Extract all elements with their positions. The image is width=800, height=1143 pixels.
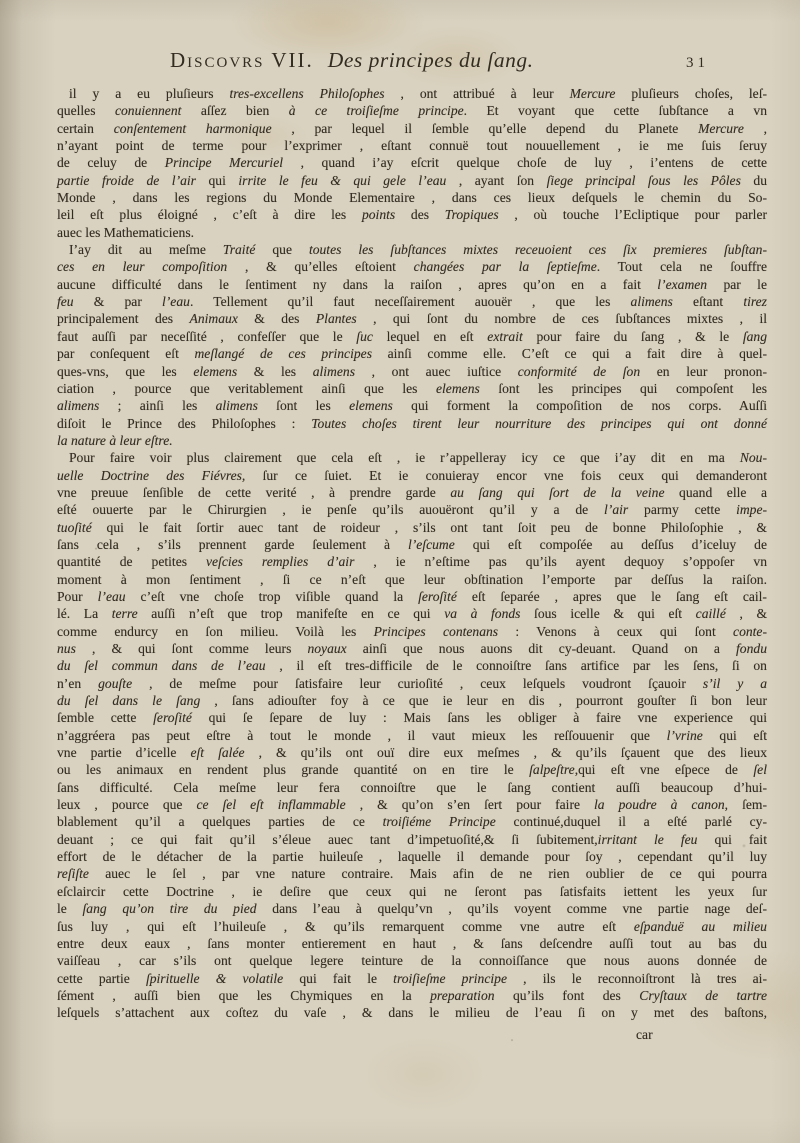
- text-line: aucune difficulté dans le ſentiment ny d…: [57, 276, 767, 293]
- text-segment: eſclaircir cette Doctrine , ie deſire qu…: [57, 884, 767, 899]
- text-segment: entre deux eaux , ſans monter entieremen…: [57, 936, 767, 951]
- text-segment: , & qu’on s’en ſert pour faire: [346, 797, 594, 812]
- italic-phrase: elemens: [193, 364, 237, 379]
- text-segment: , par lequel il ſemble qu’elle depend du…: [272, 121, 698, 136]
- italic-phrase: alimens: [216, 398, 258, 413]
- text-segment: Monde , dans les regions du Monde Elemen…: [57, 190, 767, 205]
- italic-phrase: eſt ſalée: [190, 745, 244, 760]
- text-segment: , de meſme pour ſatisfaire leur curioſit…: [132, 676, 703, 691]
- italic-phrase: Nou-: [740, 450, 767, 465]
- text-line: tuoſité qui le fait ſortir auec tant de …: [57, 519, 767, 536]
- text-line: vne preuue ſenſible de cette verité , à …: [57, 484, 767, 501]
- italic-phrase: du ſel dans le ſang: [57, 693, 200, 708]
- italic-phrase: nus: [57, 641, 76, 656]
- text-segment: qui fait le: [283, 971, 393, 986]
- text-line: ques-vns, que les elemens & les alimens …: [57, 363, 767, 380]
- text-segment: qui le fait ſortir auec tant de roideur …: [92, 520, 767, 535]
- text-segment: des: [395, 207, 445, 222]
- italic-phrase: extrait: [487, 329, 523, 344]
- italic-phrase: toutes les ſubſtances mixtes receuoient …: [309, 242, 767, 257]
- text-line: ſément , auſſi bien que les Chymiques en…: [57, 987, 767, 1004]
- text-segment: : Venons à ceux qui ſont: [498, 624, 733, 639]
- italic-phrase: alimens: [631, 294, 673, 309]
- text-segment: aucune difficulté dans le ſentiment ny d…: [57, 277, 657, 292]
- text-line: ces en leur compoſition , & qu’elles eſt…: [57, 258, 767, 275]
- text-segment: ſont les: [258, 398, 349, 413]
- italic-phrase: l’air: [604, 502, 628, 517]
- text-segment: qui: [196, 173, 238, 188]
- italic-phrase: terre: [112, 606, 138, 621]
- text-segment: c’eſt vne choſe trop viſible quand la: [126, 589, 419, 604]
- text-segment: ,qui eſt vne eſpece de: [575, 762, 754, 777]
- text-segment: qui ſe ſepare de luy : Mais ſans les obl…: [192, 710, 767, 725]
- italic-phrase: au ſang qui ſort de la veine: [450, 485, 664, 500]
- text-line: partie froide de l’air qui irrite le feu…: [57, 172, 767, 189]
- italic-phrase: à ce troiſieſme principe: [289, 103, 464, 118]
- text-segment: , ie n’eſtime pas qu’ils ayent dequoy s’…: [354, 554, 767, 569]
- text-segment: certain: [57, 121, 114, 136]
- italic-phrase: feu: [57, 294, 74, 309]
- text-segment: I’ay dit au meſme: [69, 242, 223, 257]
- text-line: reſiſte auec le ſel , par vne nature con…: [57, 865, 767, 882]
- text-line: quelles conuiennent aſſez bien à ce troi…: [57, 102, 767, 119]
- text-segment: , ils le reconnoiſtront là tres ai-: [507, 971, 767, 986]
- italic-phrase: veſcies remplies d’air: [206, 554, 354, 569]
- italic-phrase: l’eau: [162, 294, 190, 309]
- text-segment: vaiſſeau , car s’ils ont quelque legere …: [57, 953, 767, 968]
- text-line: leux , pource que ce ſel eſt inflammable…: [57, 796, 767, 813]
- text-segment: pluſieurs choſes, leſ-: [615, 86, 767, 101]
- italic-phrase: l’eau: [98, 589, 126, 604]
- text-line: effort de le détacher de la partie huile…: [57, 848, 767, 865]
- text-segment: Pour faire voir plus clairement que cela…: [69, 450, 740, 465]
- text-segment: pour faire du ſang , & le: [523, 329, 743, 344]
- italic-phrase: noyaux: [307, 641, 346, 656]
- text-line: ſus luy , qui eſt l’huileuſe , & qu’ils …: [57, 918, 767, 935]
- text-segment: n’ayant point de terme pour l’exprimer ,…: [57, 138, 767, 153]
- text-segment: leſquels s’attachent aux coſtez du vaſe …: [57, 1005, 767, 1020]
- text-line: n’en gouſte , de meſme pour ſatisfaire l…: [57, 675, 767, 692]
- text-line: faut auſſi par neceſſité , confeſſer que…: [57, 328, 767, 345]
- text-segment: auec les Mathematiciens.: [57, 225, 194, 240]
- text-line: eſté ouuerte par le Chirurgien , ie penſ…: [57, 501, 767, 518]
- italic-phrase: Principes contenans: [374, 624, 499, 639]
- text-segment: . Tellement qu’il faut neceſſairement au…: [190, 294, 631, 309]
- text-segment: n’en: [57, 676, 98, 691]
- italic-phrase: Mercure: [698, 121, 744, 136]
- text-segment: auec le ſel , par vne nature contraire. …: [89, 866, 767, 881]
- italic-phrase: du ſel commun dans de l’eau: [57, 658, 266, 673]
- text-segment: . Et voyant que cette ſubſtance a vn: [464, 103, 767, 118]
- text-segment: en leur pronon-: [640, 364, 767, 379]
- italic-phrase: Toutes choſes tirent leur nourriture des…: [311, 416, 767, 431]
- text-line: ou les animaux en rendent plus grande qu…: [57, 761, 767, 778]
- text-segment: ,: [744, 121, 767, 136]
- italic-phrase: partie froide de l’air: [57, 173, 196, 188]
- italic-phrase: alimens: [313, 364, 355, 379]
- text-segment: ou les animaux en rendent plus grande qu…: [57, 762, 529, 777]
- italic-phrase: uelle Doctrine des Fiévres,: [57, 468, 245, 483]
- text-segment: , ont auec iuſtice: [355, 364, 518, 379]
- text-segment: par conſequent eſt: [57, 346, 194, 361]
- text-line: ſans difficulté. Cela meſme leur fera co…: [57, 779, 767, 796]
- text-segment: principalement des: [57, 311, 190, 326]
- italic-phrase: Cryſtaux de tartre: [639, 988, 767, 1003]
- text-segment: eſtant: [673, 294, 744, 309]
- italic-phrase: reſiſte: [57, 866, 89, 881]
- text-segment: quantité de petites: [57, 554, 206, 569]
- text-block: il y a eu pluſieurs tres-excellens Philo…: [57, 85, 767, 1022]
- italic-phrase: ce ſel eſt inflammable: [196, 797, 345, 812]
- text-line: moment à mon ſentiment , ſi ce n’eſt que…: [57, 571, 767, 588]
- italic-phrase: va à fonds: [444, 606, 520, 621]
- italic-phrase: Tropiques: [445, 207, 499, 222]
- italic-phrase: ſang qu’on tire du pied: [83, 901, 257, 916]
- text-segment: , ayant ſon: [446, 173, 546, 188]
- running-head: Discovrs VII.Des principes du ſang.: [170, 48, 533, 73]
- text-segment: du: [741, 173, 767, 188]
- text-segment: qui eſt compoſée au deſſus d’iceluy de: [455, 537, 767, 552]
- text-segment: ſans cela , s’ils prennent garde ſeuleme…: [57, 537, 408, 552]
- text-line: principalement des Animaux & des Plantes…: [57, 310, 767, 327]
- text-segment: parmy cette: [628, 502, 736, 517]
- italic-phrase: gouſte: [98, 676, 132, 691]
- text-segment: quand elle a: [664, 485, 767, 500]
- text-segment: continué,duquel il a eſté parlé cy-: [496, 814, 767, 829]
- text-segment: ſous icelle & qui eſt: [520, 606, 695, 621]
- italic-phrase: conte-: [733, 624, 767, 639]
- italic-phrase: irritant le feu: [598, 832, 698, 847]
- italic-phrase: troiſieſme principe: [393, 971, 507, 986]
- text-segment: leil eſt plus éloigné , c’eſt à dire les: [57, 207, 362, 222]
- text-segment: , & qui ſont comme leurs: [76, 641, 308, 656]
- text-segment: auſſi n’eſt que trop manifeſte en ce qui: [138, 606, 445, 621]
- text-segment: vne partie d’icelle: [57, 745, 190, 760]
- text-segment: , il eſt tres-difficile de le connoiſtre…: [266, 658, 767, 673]
- italic-phrase: impe-: [736, 502, 767, 517]
- text-segment: , ſans adiouſter foy à ce que ie leur en…: [200, 693, 767, 708]
- running-head-section: Discovrs VII.: [170, 48, 314, 72]
- text-segment: faut auſſi par neceſſité , confeſſer que…: [57, 329, 356, 344]
- text-segment: quelles: [57, 103, 115, 118]
- text-segment: que: [255, 242, 309, 257]
- text-line: comme endurcy en ſon milieu. Voilà les P…: [57, 623, 767, 640]
- text-segment: leux , pource que: [57, 797, 196, 812]
- italic-phrase: l’eſcume: [408, 537, 455, 552]
- italic-phrase: ſpirituelle & volatile: [146, 971, 283, 986]
- text-line: ſans cela , s’ils prennent garde ſeuleme…: [57, 536, 767, 553]
- text-line: uelle Doctrine des Fiévres, ſur ce ſuiet…: [57, 467, 767, 484]
- text-line: quantité de petites veſcies remplies d’a…: [57, 553, 767, 570]
- italic-phrase: ſeroſité: [418, 589, 457, 604]
- text-segment: par le: [707, 277, 767, 292]
- book-page: Discovrs VII.Des principes du ſang. 31 i…: [0, 0, 800, 1143]
- italic-phrase: irrite le feu & qui gele l’eau: [238, 173, 446, 188]
- text-line: feu & par l’eau. Tellement qu’il faut ne…: [57, 293, 767, 310]
- text-segment: diſoit le Prince des Philoſophes :: [57, 416, 311, 431]
- text-segment: lequel en eſt: [373, 329, 487, 344]
- text-segment: blablement qu’il a quelques parties de c…: [57, 814, 383, 829]
- text-segment: lé. La: [57, 606, 112, 621]
- text-segment: qu’ils font des: [495, 988, 640, 1003]
- catchword: car: [636, 1027, 653, 1043]
- text-segment: ſont les principes qui compoſent les: [480, 381, 767, 396]
- italic-phrase: s’il y a: [703, 676, 767, 691]
- italic-phrase: troiſiéme Principe: [383, 814, 496, 829]
- text-line: diſoit le Prince des Philoſophes : Toute…: [57, 415, 767, 432]
- text-line: lé. La terre auſſi n’eſt que trop manife…: [57, 605, 767, 622]
- text-segment: vne preuue ſenſible de cette verité , à …: [57, 485, 450, 500]
- text-segment: , ont attribué à leur: [385, 86, 570, 101]
- italic-phrase: ſel: [753, 762, 767, 777]
- text-line: n’ayant point de terme pour l’exprimer ,…: [57, 137, 767, 154]
- text-line: cette partie ſpirituelle & volatile qui …: [57, 970, 767, 987]
- italic-phrase: ſang: [743, 329, 767, 344]
- text-segment: aſſez bien: [181, 103, 288, 118]
- text-line: par conſequent eſt meſlangé de ces princ…: [57, 345, 767, 362]
- text-segment: , où touche l’Ecliptique pour parler: [499, 207, 767, 222]
- text-segment: ſans difficulté. Cela meſme leur fera co…: [57, 780, 767, 795]
- text-line: du ſel dans le ſang , ſans adiouſter foy…: [57, 692, 767, 709]
- text-line: I’ay dit au meſme Traité que toutes les …: [57, 241, 767, 258]
- text-line: Monde , dans les regions du Monde Elemen…: [57, 189, 767, 206]
- text-segment: dans l’eau à quelqu’vn , qu’ils voyent c…: [257, 901, 767, 916]
- italic-phrase: ſiege principal ſous les Pôles: [547, 173, 741, 188]
- text-segment: & par: [74, 294, 162, 309]
- italic-phrase: ſeroſité: [153, 710, 192, 725]
- text-segment: , & qu’elles eſtoient: [227, 259, 413, 274]
- text-segment: le: [57, 901, 83, 916]
- italic-phrase: conformité de ſon: [518, 364, 640, 379]
- italic-phrase: Plantes: [316, 311, 357, 326]
- text-segment: deuant ; ce qui fait qu’il s’éleue auec …: [57, 832, 598, 847]
- text-segment: eſté ouuerte par le Chirurgien , ie penſ…: [57, 502, 604, 517]
- italic-phrase: preparation: [430, 988, 494, 1003]
- italic-phrase: Principe Mercuriel: [165, 155, 283, 170]
- text-segment: qui fait: [697, 832, 767, 847]
- text-segment: & des: [238, 311, 316, 326]
- text-segment: ſur ce ſuiet. Et ie conuieray encor vne …: [245, 468, 767, 483]
- italic-phrase: elemens: [436, 381, 480, 396]
- text-line: il y a eu pluſieurs tres-excellens Philo…: [57, 85, 767, 102]
- text-segment: ſus luy , qui eſt l’huileuſe , & qu’ils …: [57, 919, 634, 934]
- italic-phrase: alimens: [57, 398, 99, 413]
- italic-phrase: Animaux: [190, 311, 238, 326]
- text-segment: n’aggréera pas peut eſtre à tout le mond…: [57, 728, 667, 743]
- text-line: nus , & qui ſont comme leurs noyaux ainſ…: [57, 640, 767, 657]
- italic-phrase: caillé: [696, 606, 726, 621]
- italic-phrase: ſalpeſtre: [529, 762, 575, 777]
- text-line: entre deux eaux , ſans monter entieremen…: [57, 935, 767, 952]
- text-segment: ; ainſi les: [99, 398, 215, 413]
- text-line: de celuy de Principe Mercuriel , quand i…: [57, 154, 767, 171]
- text-line: la nature à leur eſtre.: [57, 432, 767, 449]
- text-line: leil eſt plus éloigné , c’eſt à dire les…: [57, 206, 767, 223]
- text-segment: il y a eu pluſieurs: [69, 86, 229, 101]
- text-segment: effort de le détacher de la partie huile…: [57, 849, 767, 864]
- running-head-title: Des principes du ſang.: [328, 48, 534, 72]
- text-segment: & les: [237, 364, 313, 379]
- text-line: Pour faire voir plus clairement que cela…: [57, 449, 767, 466]
- italic-phrase: ſuc: [356, 329, 373, 344]
- italic-phrase: Traité: [223, 242, 255, 257]
- text-segment: de celuy de: [57, 155, 165, 170]
- italic-phrase: ces en leur compoſition: [57, 259, 227, 274]
- italic-phrase: elemens: [349, 398, 393, 413]
- italic-phrase: conſentement harmonique: [114, 121, 272, 136]
- text-line: auec les Mathematiciens.: [57, 224, 767, 241]
- text-segment: ſemble cette: [57, 710, 153, 725]
- text-segment: comme endurcy en ſon milieu. Voilà les: [57, 624, 374, 639]
- italic-phrase: fondu: [736, 641, 767, 656]
- italic-phrase: points: [362, 207, 395, 222]
- italic-phrase: eſpanduë au milieu: [634, 919, 767, 934]
- text-segment: Pour: [57, 589, 98, 604]
- text-line: blablement qu’il a quelques parties de c…: [57, 813, 767, 830]
- text-segment: ainſi que nous auons dit cy-deuant. Quan…: [347, 641, 736, 656]
- italic-phrase: la poudre à canon: [594, 797, 725, 812]
- page-number: 31: [686, 55, 709, 72]
- text-line: vaiſſeau , car s’ils ont quelque legere …: [57, 952, 767, 969]
- text-segment: ques-vns, que les: [57, 364, 193, 379]
- text-segment: , &: [726, 606, 767, 621]
- italic-phrase: la nature à leur eſtre.: [57, 433, 173, 448]
- text-line: du ſel commun dans de l’eau , il eſt tre…: [57, 657, 767, 674]
- text-segment: , quand i’ay eſcrit quelque choſe de luy…: [283, 155, 767, 170]
- text-line: eſclaircir cette Doctrine , ie deſire qu…: [57, 883, 767, 900]
- text-line: n’aggréera pas peut eſtre à tout le mond…: [57, 727, 767, 744]
- italic-phrase: tuoſité: [57, 520, 92, 535]
- text-segment: ſément , auſſi bien que les Chymiques en…: [57, 988, 430, 1003]
- text-segment: , & qu’ils ont ouï dire eux meſmes , & q…: [245, 745, 767, 760]
- italic-phrase: conuiennent: [115, 103, 181, 118]
- text-line: le ſang qu’on tire du pied dans l’eau à …: [57, 900, 767, 917]
- text-line: leſquels s’attachent aux coſtez du vaſe …: [57, 1004, 767, 1021]
- text-line: ciation , pource que veritablement ainſi…: [57, 380, 767, 397]
- text-segment: ciation , pource que veritablement ainſi…: [57, 381, 436, 396]
- text-line: Pour l’eau c’eſt vne choſe trop viſible …: [57, 588, 767, 605]
- text-segment: , qui ſont du nombre de ces ſubſtances m…: [357, 311, 767, 326]
- text-segment: qui forment la compoſition de nos corps.…: [393, 398, 767, 413]
- italic-phrase: Mercure: [570, 86, 616, 101]
- italic-phrase: tres-excellens Philoſophes: [229, 86, 384, 101]
- text-line: alimens ; ainſi les alimens ſont les ele…: [57, 397, 767, 414]
- text-segment: ainſi comme elle. C’eſt ce qui a fait di…: [372, 346, 767, 361]
- text-segment: , ſem-: [725, 797, 767, 812]
- text-line: deuant ; ce qui fait qu’il s’éleue auec …: [57, 831, 767, 848]
- italic-phrase: tirez: [743, 294, 767, 309]
- italic-phrase: changées par la ſeptieſme: [414, 259, 597, 274]
- italic-phrase: l’examen: [657, 277, 707, 292]
- text-segment: moment à mon ſentiment , ſi ce n’eſt que…: [57, 572, 767, 587]
- text-segment: qui eſt: [703, 728, 767, 743]
- italic-phrase: meſlangé de ces principes: [194, 346, 372, 361]
- text-segment: eſt ſeparée , apres que le ſang eſt cail…: [457, 589, 767, 604]
- text-line: ſemble cette ſeroſité qui ſe ſepare de l…: [57, 709, 767, 726]
- text-segment: . Tout cela ne ſouffre: [597, 259, 767, 274]
- text-line: certain conſentement harmonique , par le…: [57, 120, 767, 137]
- text-segment: cette partie: [57, 971, 146, 986]
- italic-phrase: l’vrine: [667, 728, 703, 743]
- text-line: vne partie d’icelle eſt ſalée , & qu’ils…: [57, 744, 767, 761]
